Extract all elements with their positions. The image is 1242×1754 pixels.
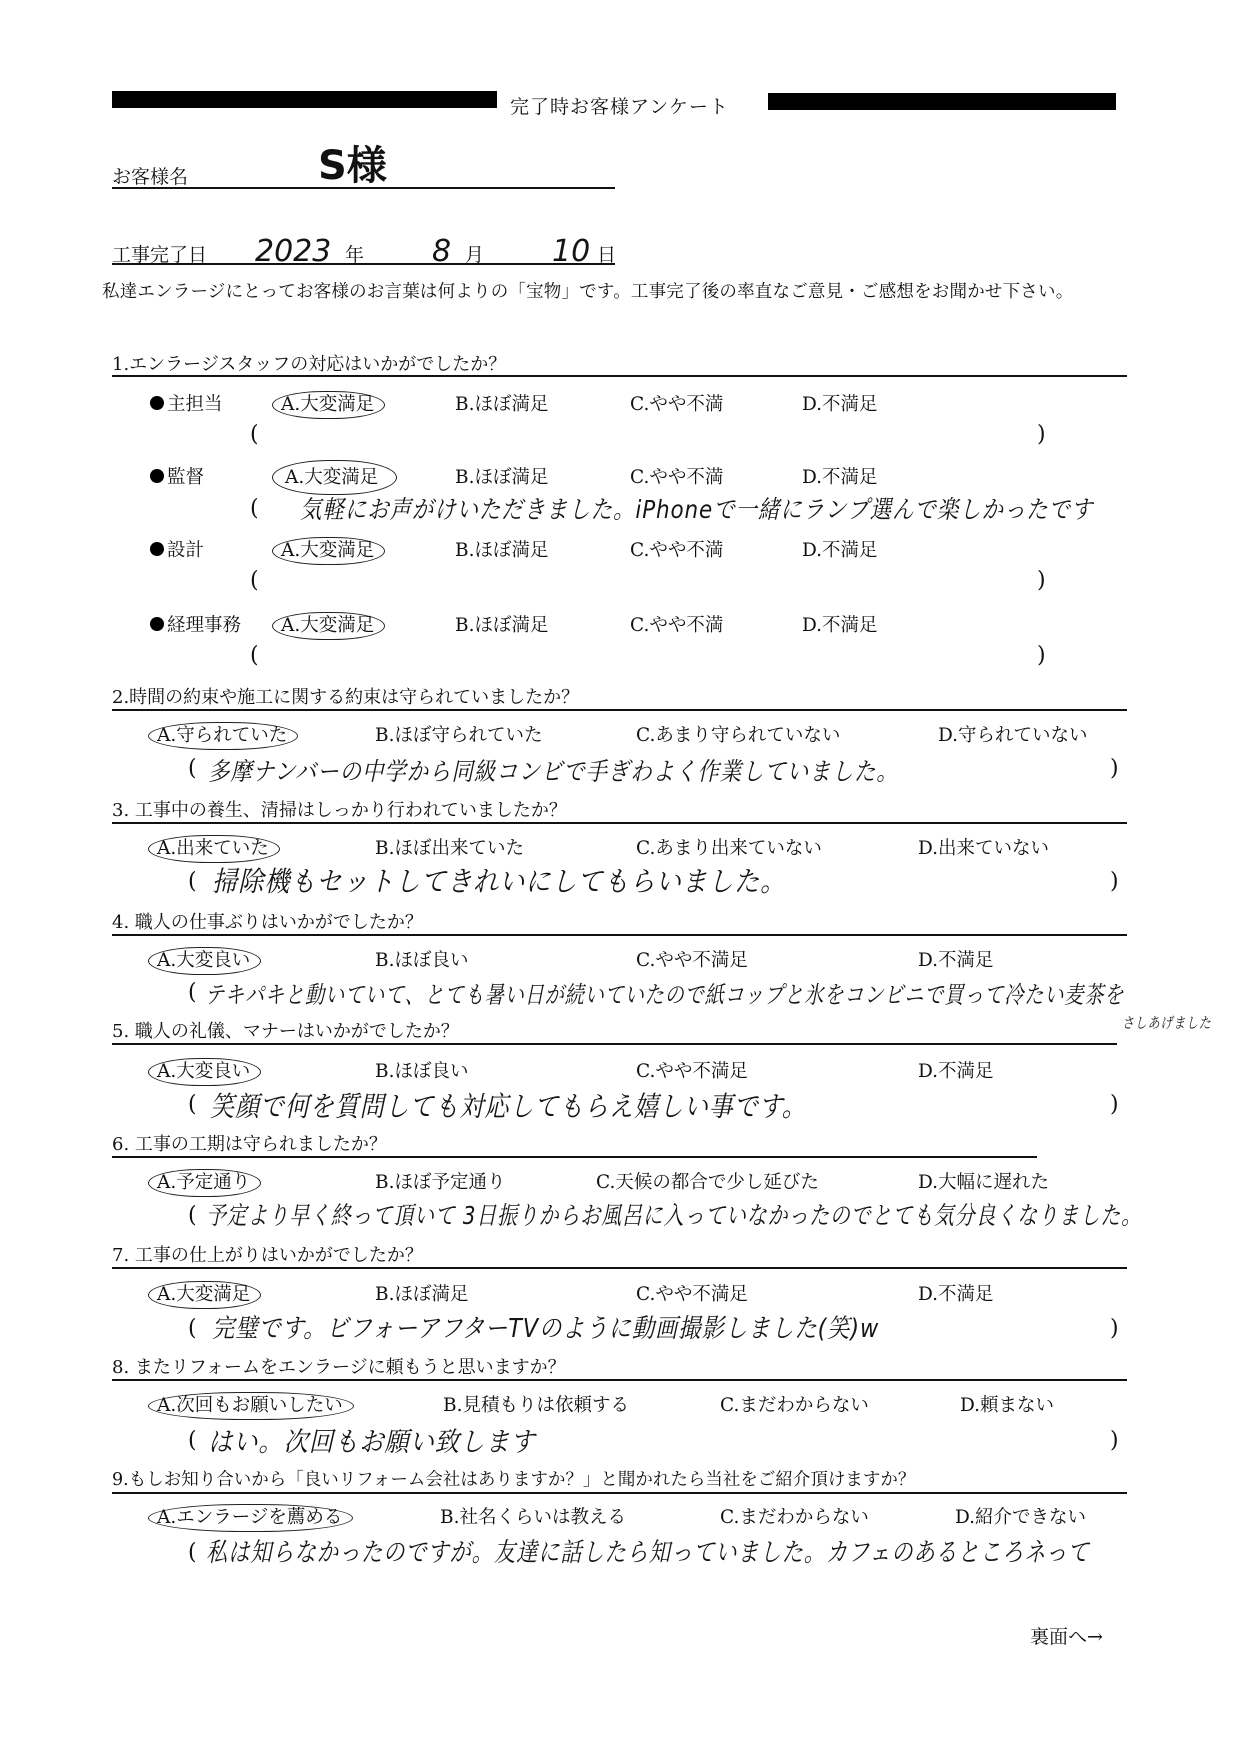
q7-rule bbox=[112, 1267, 1127, 1269]
intro-text: 私達エンラージにとってお客様のお言葉は何よりの「宝物」です。工事完了後の率直なご… bbox=[102, 278, 1073, 303]
q7-option-b[interactable]: B.ほぼ満足 bbox=[375, 1280, 468, 1306]
q1-supervisor-option-d[interactable]: D.不満足 bbox=[802, 463, 878, 489]
date-underline bbox=[112, 263, 615, 265]
q1-heading: 1.エンラージスタッフの対応はいかがでしたか？ bbox=[112, 350, 506, 376]
role-label: 主担当 bbox=[167, 394, 223, 415]
q1-row-main-role: 主担当 bbox=[150, 390, 223, 416]
q4-option-c[interactable]: C.やや不満足 bbox=[636, 946, 748, 972]
q4-heading: 4. 職人の仕事ぶりはいかがでしたか？ bbox=[112, 908, 423, 934]
q7-comment[interactable]: 完璧です。ビフォーアフターTVのように動画撮影しました(笑)w bbox=[212, 1308, 879, 1345]
q7-option-d[interactable]: D.不満足 bbox=[918, 1280, 994, 1306]
q2-option-c[interactable]: C.あまり守られていない bbox=[636, 721, 840, 747]
q1-accounting-comment-close: ) bbox=[1037, 643, 1046, 668]
q8-rule bbox=[112, 1379, 1127, 1381]
q9-option-c[interactable]: C.まだわからない bbox=[720, 1503, 869, 1529]
q5-rule bbox=[112, 1043, 1117, 1045]
selected-option: A.大変良い bbox=[148, 1058, 261, 1086]
q7-heading: 7. 工事の仕上がりはいかがでしたか？ bbox=[112, 1241, 423, 1267]
q2-heading: 2.時間の約束や施工に関する約束は守られていましたか？ bbox=[112, 683, 579, 709]
selected-option: A.大変良い bbox=[148, 947, 261, 975]
q2-comment-close: ) bbox=[1110, 756, 1119, 781]
q1-main-option-b[interactable]: B.ほぼ満足 bbox=[455, 390, 548, 416]
selected-option: A.エンラージを薦める bbox=[148, 1504, 353, 1532]
q1-design-option-c[interactable]: C.やや不満 bbox=[630, 536, 723, 562]
q3-heading: 3. 工事中の養生、清掃はしっかり行われていましたか？ bbox=[112, 796, 567, 822]
q1-design-option-d[interactable]: D.不満足 bbox=[802, 536, 878, 562]
q7-comment-close: ) bbox=[1110, 1316, 1119, 1341]
q5-option-a[interactable]: A.大変良い bbox=[158, 1057, 261, 1083]
q3-option-a[interactable]: A.出来ていた bbox=[158, 834, 280, 860]
q8-comment[interactable]: はい。次回もお願い致します bbox=[208, 1420, 536, 1459]
q2-rule bbox=[112, 709, 1127, 711]
q1-main-comment-open: ( bbox=[250, 422, 259, 447]
customer-name-value[interactable]: S様 bbox=[318, 134, 387, 191]
q7-comment-open: ( bbox=[188, 1316, 197, 1341]
q4-comment-open: ( bbox=[188, 980, 197, 1005]
q3-option-b[interactable]: B.ほぼ出来ていた bbox=[375, 834, 524, 860]
q6-rule bbox=[112, 1156, 1037, 1158]
selected-option: A.大変満足 bbox=[272, 391, 385, 419]
q7-option-a[interactable]: A.大変満足 bbox=[158, 1280, 261, 1306]
q9-rule bbox=[112, 1492, 1127, 1494]
q1-main-option-a[interactable]: A.大変満足 bbox=[282, 390, 385, 416]
q8-heading: 8. またリフォームをエンラージに頼もうと思いますか？ bbox=[112, 1353, 566, 1379]
q1-design-option-a[interactable]: A.大変満足 bbox=[282, 536, 385, 562]
q3-comment[interactable]: 掃除機もセットしてきれいにしてもらいました。 bbox=[212, 860, 786, 900]
bullet-icon bbox=[150, 542, 164, 556]
q1-row-accounting: 経理事務 bbox=[150, 611, 241, 637]
role-label: 設計 bbox=[167, 540, 204, 561]
q6-option-c[interactable]: C.天候の都合で少し延びた bbox=[596, 1168, 819, 1194]
q5-comment[interactable]: 笑顔で何を質問しても対応してもらえ嬉しい事です。 bbox=[210, 1085, 807, 1125]
q1-main-option-d[interactable]: D.不満足 bbox=[802, 390, 878, 416]
q8-option-a[interactable]: A.次回もお願いしたい bbox=[158, 1391, 354, 1417]
q1-design-comment-close: ) bbox=[1037, 568, 1046, 593]
q6-comment-open: ( bbox=[188, 1203, 197, 1228]
selected-option: A.予定通り bbox=[148, 1169, 261, 1197]
q5-heading: 5. 職人の礼儀、マナーはいかがでしたか？ bbox=[112, 1017, 459, 1043]
q3-option-d[interactable]: D.出来ていない bbox=[918, 834, 1049, 860]
q1-accounting-option-a[interactable]: A.大変満足 bbox=[282, 611, 385, 637]
q1-supervisor-comment[interactable]: 気軽にお声がけいただきました。iPhoneで一緒にランプ選んで楽しかったです bbox=[300, 490, 1093, 526]
q9-option-d[interactable]: D.紹介できない bbox=[955, 1503, 1086, 1529]
q4-rule bbox=[112, 934, 1127, 936]
q5-option-d[interactable]: D.不満足 bbox=[918, 1057, 994, 1083]
q3-comment-open: ( bbox=[188, 869, 197, 894]
q5-comment-open: ( bbox=[188, 1092, 197, 1117]
q5-option-c[interactable]: C.やや不満足 bbox=[636, 1057, 748, 1083]
title-bar-right bbox=[768, 93, 1116, 110]
q3-rule bbox=[112, 822, 1127, 824]
bullet-icon bbox=[150, 617, 164, 631]
q5-comment-close: ) bbox=[1110, 1092, 1119, 1117]
q4-option-b[interactable]: B.ほぼ良い bbox=[375, 946, 468, 972]
q6-option-d[interactable]: D.大幅に遅れた bbox=[918, 1168, 1049, 1194]
q3-comment-close: ) bbox=[1110, 869, 1119, 894]
q6-heading: 6. 工事の工期は守られましたか？ bbox=[112, 1130, 387, 1156]
q2-option-d[interactable]: D.守られていない bbox=[938, 721, 1088, 747]
q8-option-b[interactable]: B.見積もりは依頼する bbox=[443, 1391, 629, 1417]
customer-name-label: お客様名 bbox=[112, 162, 188, 189]
q4-comment-continued[interactable]: さしあげました bbox=[1122, 1012, 1212, 1033]
customer-name-underline bbox=[112, 187, 615, 189]
selected-option: A.次回もお願いしたい bbox=[148, 1392, 354, 1420]
q1-supervisor-option-b[interactable]: B.ほぼ満足 bbox=[455, 463, 548, 489]
selected-option: A.大変満足 bbox=[272, 612, 385, 640]
bullet-icon bbox=[150, 469, 164, 483]
q2-option-b[interactable]: B.ほぼ守られていた bbox=[375, 721, 542, 747]
q1-rule bbox=[112, 375, 1127, 377]
q8-comment-open: ( bbox=[188, 1428, 197, 1453]
q1-main-option-c[interactable]: C.やや不満 bbox=[630, 390, 723, 416]
q1-supervisor-comment-open: ( bbox=[250, 496, 259, 521]
role-label: 経理事務 bbox=[167, 615, 241, 636]
q8-option-d[interactable]: D.頼まない bbox=[960, 1391, 1054, 1417]
selected-option: A.守られていた bbox=[148, 722, 298, 750]
selected-option: A.出来ていた bbox=[148, 835, 280, 863]
form-title: 完了時お客様アンケート bbox=[510, 92, 729, 119]
q1-design-comment-open: ( bbox=[250, 568, 259, 593]
q1-supervisor-option-a[interactable]: A.大変満足 bbox=[282, 463, 397, 489]
q6-comment[interactable]: 予定より早く終って頂いて 3日振りからお風呂に入っていなかったのでとても気分良く… bbox=[206, 1196, 1142, 1232]
q1-main-comment-close: ) bbox=[1037, 422, 1046, 447]
q4-option-d[interactable]: D.不満足 bbox=[918, 946, 994, 972]
bullet-icon bbox=[150, 396, 164, 410]
q2-comment[interactable]: 多摩ナンバーの中学から同級コンビで手ぎわよく作業していました。 bbox=[208, 752, 899, 788]
role-label: 監督 bbox=[167, 467, 204, 488]
selected-option: A.大変満足 bbox=[148, 1281, 261, 1309]
q2-option-a[interactable]: A.守られていた bbox=[158, 721, 298, 747]
q4-option-a[interactable]: A.大変良い bbox=[158, 946, 261, 972]
q9-heading: 9.もしお知り合いから「良いリフォーム会社はありますか？」と聞かれたら当社をご紹… bbox=[112, 1466, 915, 1491]
q1-accounting-option-c[interactable]: C.やや不満 bbox=[630, 611, 723, 637]
q1-accounting-option-b[interactable]: B.ほぼ満足 bbox=[455, 611, 548, 637]
q9-option-b[interactable]: B.社名くらいは教える bbox=[440, 1503, 626, 1529]
q8-option-c[interactable]: C.まだわからない bbox=[720, 1391, 869, 1417]
q1-supervisor-option-c[interactable]: C.やや不満 bbox=[630, 463, 723, 489]
q3-option-c[interactable]: C.あまり出来ていない bbox=[636, 834, 822, 860]
q1-design-option-b[interactable]: B.ほぼ満足 bbox=[455, 536, 548, 562]
q1-row-supervisor: 監督 bbox=[150, 463, 204, 489]
q8-comment-close: ) bbox=[1110, 1428, 1119, 1453]
q6-option-a[interactable]: A.予定通り bbox=[158, 1168, 261, 1194]
q4-comment[interactable]: テキパキと動いていて、とても暑い日が続いていたので紙コップと氷をコンビニで買って… bbox=[205, 975, 1124, 1010]
q2-comment-open: ( bbox=[188, 756, 197, 781]
turn-over-note: 裏面へ→ bbox=[1030, 1622, 1103, 1649]
selected-option: A.大変満足 bbox=[272, 537, 385, 565]
q7-option-c[interactable]: C.やや不満足 bbox=[636, 1280, 748, 1306]
title-bar-left bbox=[112, 91, 497, 108]
q1-accounting-comment-open: ( bbox=[250, 643, 259, 668]
q1-accounting-option-d[interactable]: D.不満足 bbox=[802, 611, 878, 637]
q1-row-design: 設計 bbox=[150, 536, 204, 562]
q6-option-b[interactable]: B.ほぼ予定通り bbox=[375, 1168, 505, 1194]
q9-option-a[interactable]: A.エンラージを薦める bbox=[158, 1503, 353, 1529]
q5-option-b[interactable]: B.ほぼ良い bbox=[375, 1057, 468, 1083]
q9-comment-open: ( bbox=[188, 1540, 197, 1565]
q9-comment[interactable]: 私は知らなかったのですが。友達に話したら知っていました。カフェのあるところネって bbox=[206, 1532, 1090, 1569]
